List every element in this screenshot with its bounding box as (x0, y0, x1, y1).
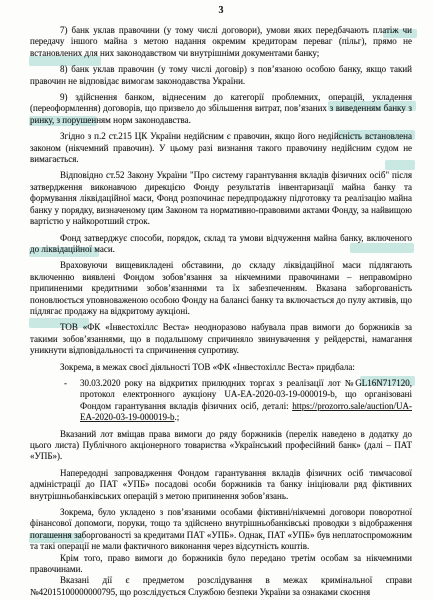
auction-lot-list-item: -30.03.2020 року на відкритих прилюдних … (30, 378, 412, 424)
document-content: 3 7) банк уклав правочини (у тому числі … (30, 5, 412, 598)
paragraph-claims-transferred: Крім того, право вимоги до боржників бул… (30, 553, 412, 576)
paragraph-fictitious-contracts: Зокрема, було укладено з пов’язаними осо… (30, 507, 412, 553)
scanned-document-page: 3 7) банк уклав правочини (у тому числі … (0, 0, 434, 600)
paragraph-item-8: 8) банк уклав правочин (у тому числі дог… (30, 64, 412, 87)
paragraph-vesta-acquired: Зокрема, в межах своєї діяльності ТОВ «Ф… (30, 362, 412, 373)
paragraph-law-215: Згідно з п.2 ст.215 ЦК України недійсним… (30, 131, 412, 165)
paragraph-liquidation-mass: Враховуючи вищевикладені обставини, до с… (30, 260, 412, 317)
paragraph-item-7: 7) банк уклав правочини (у тому числі до… (30, 25, 412, 59)
paragraph-fund-approves: Фонд затверджує способи, порядок, склад … (30, 233, 412, 256)
paragraph-lot-debtors: Вказаний лот вміщав права вимоги до ряду… (30, 429, 412, 463)
auction-lot-text-end: .; (174, 412, 179, 422)
paragraph-vesta-claims: ТОВ «ФК «Інвестохіллс Веста» неодноразов… (30, 322, 412, 356)
paragraph-criminal-case: Вказані дії є предметом розслідування в … (30, 575, 412, 598)
page-number: 3 (30, 5, 412, 16)
paragraph-item-9: 9) здійснення банком, віднесеним до кате… (30, 92, 412, 126)
paragraph-law-52: Відповідно ст.52 Закону України "Про сис… (30, 170, 412, 227)
paragraph-upb-operations: Напередодні запровадження Фондом гаранту… (30, 468, 412, 502)
list-dash-marker: - (64, 378, 67, 389)
